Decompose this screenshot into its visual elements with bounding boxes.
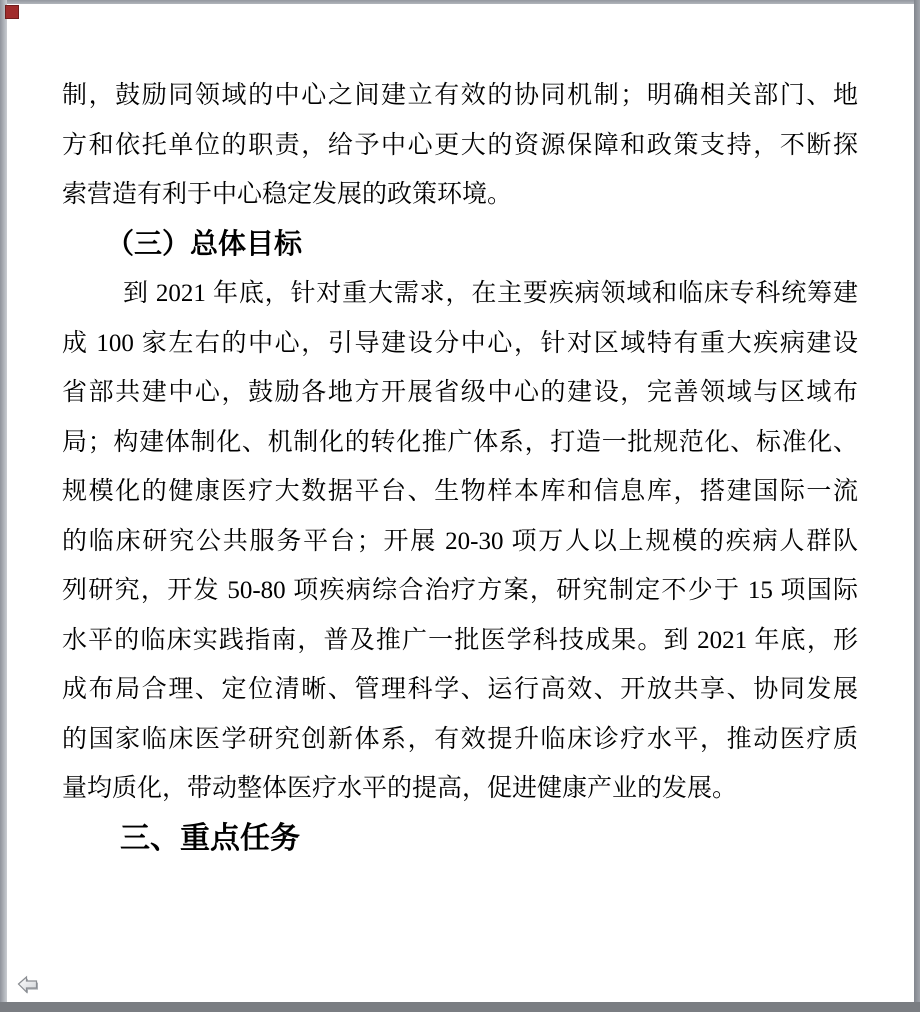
bottom-border (0, 1002, 920, 1012)
text-line: 水平的临床实践指南，普及推广一批医学科技成果。到 2021 年底，形 (62, 616, 858, 666)
text-line: 到 2021 年底，针对重大需求，在主要疾病领域和临床专科统筹建 (62, 269, 858, 319)
right-border (914, 0, 920, 1012)
text-line: 索营造有利于中心稳定发展的政策环境。 (62, 170, 858, 220)
back-arrow-icon[interactable] (15, 972, 40, 997)
section-heading-key-tasks: 三、重点任务 (62, 814, 858, 864)
text-line: 规模化的健康医疗大数据平台、生物样本库和信息库，搭建国际一流 (62, 467, 858, 517)
left-border (0, 0, 7, 1012)
annotation-marker (5, 5, 19, 19)
text-line: 方和依托单位的职责，给予中心更大的资源保障和政策支持，不断探 (62, 121, 858, 171)
text-line: 的临床研究公共服务平台；开展 20-30 项万人以上规模的疾病人群队 (62, 517, 858, 567)
text-line: 成 100 家左右的中心，引导建设分中心，针对区域特有重大疾病建设 (62, 319, 858, 369)
document-page: 制，鼓励同领域的中心之间建立有效的协同机制；明确相关部门、地 方和依托单位的职责… (62, 71, 858, 863)
text-line: 的国家临床医学研究创新体系，有效提升临床诊疗水平，推动医疗质 (62, 715, 858, 765)
text-line: 制，鼓励同领域的中心之间建立有效的协同机制；明确相关部门、地 (62, 71, 858, 121)
text-line: 局；构建体制化、机制化的转化推广体系，打造一批规范化、标准化、 (62, 418, 858, 468)
section-heading-overall-goals: （三）总体目标 (62, 220, 858, 270)
text-line: 省部共建中心，鼓励各地方开展省级中心的建设，完善领域与区域布 (62, 368, 858, 418)
document-viewport: 制，鼓励同领域的中心之间建立有效的协同机制；明确相关部门、地 方和依托单位的职责… (0, 0, 920, 1012)
text-line: 量均质化，带动整体医疗水平的提高，促进健康产业的发展。 (62, 764, 858, 814)
top-border (0, 0, 920, 4)
text-line: 列研究，开发 50-80 项疾病综合治疗方案，研究制定不少于 15 项国际 (62, 566, 858, 616)
text-line: 成布局合理、定位清晰、管理科学、运行高效、开放共享、协同发展 (62, 665, 858, 715)
